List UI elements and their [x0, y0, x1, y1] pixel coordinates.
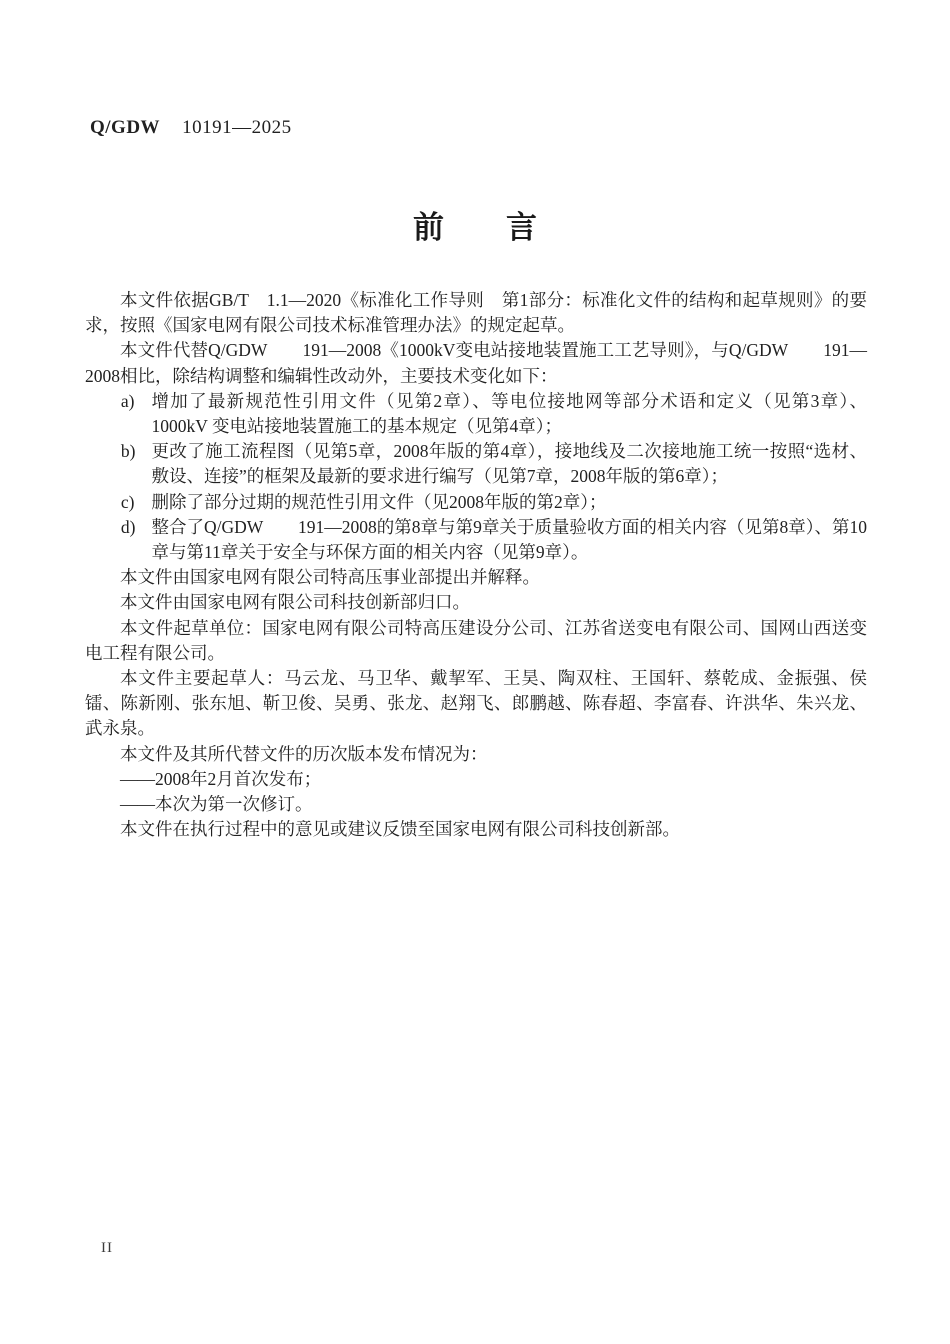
list-text: 删除了部分过期的规范性引用文件（见2008年版的第2章）；	[152, 490, 868, 515]
statement-paragraph: 本文件由国家电网有限公司特高压事业部提出并解释。	[85, 565, 867, 590]
page-title: 前 言	[0, 202, 950, 247]
page-number: II	[101, 1240, 113, 1257]
statement-paragraph: 本文件由国家电网有限公司科技创新部归口。	[85, 590, 867, 615]
statement-paragraph: ——2008年2月首次发布；	[85, 767, 867, 792]
list-marker: a)	[121, 389, 152, 439]
list-marker: d)	[121, 515, 152, 565]
change-item-b: b) 更改了施工流程图（见第5章，2008年版的第4章），接地线及二次接地施工统…	[85, 439, 867, 489]
statement-paragraph: 本文件起草单位：国家电网有限公司特高压建设分公司、江苏省送变电有限公司、国网山西…	[85, 616, 867, 666]
standard-number: 10191—2025	[182, 117, 292, 138]
list-text: 整合了Q/GDW 191—2008的第8章与第9章关于质量验收方面的相关内容（见…	[152, 515, 868, 565]
intro-paragraph: 本文件依据GB/T 1.1—2020《标准化工作导则 第1部分：标准化文件的结构…	[85, 288, 867, 338]
list-text: 增加了最新规范性引用文件（见第2章）、等电位接地网等部分术语和定义（见第3章）、…	[152, 389, 868, 439]
document-header: Q/GDW10191—2025	[90, 117, 292, 139]
list-marker: b)	[121, 439, 152, 489]
change-item-d: d) 整合了Q/GDW 191—2008的第8章与第9章关于质量验收方面的相关内…	[85, 515, 867, 565]
foreword-body: 本文件依据GB/T 1.1—2020《标准化工作导则 第1部分：标准化文件的结构…	[85, 288, 867, 842]
statement-paragraph: ——本次为第一次修订。	[85, 792, 867, 817]
statement-paragraph: 本文件及其所代替文件的历次版本发布情况为：	[85, 742, 867, 767]
list-marker: c)	[121, 490, 152, 515]
statement-paragraph: 本文件主要起草人：马云龙、马卫华、戴挈军、王昊、陶双柱、王国轩、蔡乾成、金振强、…	[85, 666, 867, 742]
list-text: 更改了施工流程图（见第5章，2008年版的第4章），接地线及二次接地施工统一按照…	[152, 439, 868, 489]
document-page: Q/GDW10191—2025 前 言 本文件依据GB/T 1.1—2020《标…	[0, 0, 950, 1344]
intro-paragraph: 本文件代替Q/GDW 191—2008《1000kV变电站接地装置施工工艺导则》…	[85, 338, 867, 388]
standard-code: Q/GDW	[90, 117, 160, 138]
statement-paragraph: 本文件在执行过程中的意见或建议反馈至国家电网有限公司科技创新部。	[85, 817, 867, 842]
change-item-a: a) 增加了最新规范性引用文件（见第2章）、等电位接地网等部分术语和定义（见第3…	[85, 389, 867, 439]
change-item-c: c) 删除了部分过期的规范性引用文件（见2008年版的第2章）；	[85, 490, 867, 515]
